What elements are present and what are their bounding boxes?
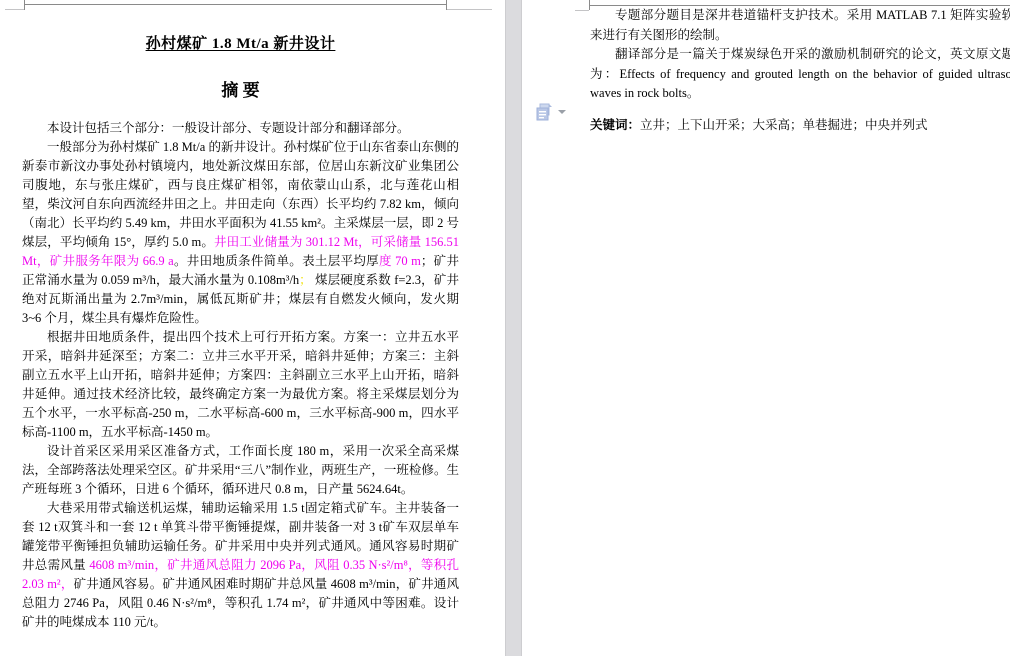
text-run: 专题部分题目是深井巷道锚杆支护技术。采用 MATLAB 7.1 矩阵实验软件来进…	[590, 8, 1010, 42]
keywords-text: 立井；上下山开采；大采高；单巷掘进；中央并列式	[640, 118, 928, 132]
paragraph[interactable]: 专题部分题目是深井巷道锚杆支护技术。采用 MATLAB 7.1 矩阵实验软件来进…	[590, 6, 1010, 45]
right-page-content: 专题部分题目是深井巷道锚杆支护技术。采用 MATLAB 7.1 矩阵实验软件来进…	[590, 6, 1010, 135]
document-page-right[interactable]: 专题部分题目是深井巷道锚杆支护技术。采用 MATLAB 7.1 矩阵实验软件来进…	[522, 0, 1010, 656]
abstract-body: 本设计包括三个部分：一般设计部分、专题设计部分和翻译部分。一般部分为孙村煤矿 1…	[22, 119, 459, 632]
margin-crop-mark	[575, 10, 589, 11]
text-run: 度 70 m	[379, 254, 421, 268]
page-gap	[505, 0, 522, 656]
paragraph[interactable]: 一般部分为孙村煤矿 1.8 Mt/a 的新井设计。孙村煤矿位于山东省泰山东侧的新…	[22, 138, 459, 328]
text-run: 矿井通风容易。矿井通风困难时期矿井总风量 4608 m³/min，矿井通风总阻力…	[22, 577, 459, 629]
left-page-content: 孙村煤矿 1.8 Mt/a 新井设计 摘 要 本设计包括三个部分：一般设计部分、…	[22, 0, 459, 632]
text-run: 设计首采区采用采区准备方式，工作面长度 180 m，采用一次采全高采煤法，全部跨…	[22, 444, 459, 496]
keywords-line[interactable]: 关键词：立井；上下山开采；大采高；单巷掘进；中央并列式	[590, 116, 1010, 136]
text-run: 本设计包括三个部分：一般设计部分、专题设计部分和翻译部分。	[47, 121, 410, 135]
paragraph[interactable]: 翻译部分是一篇关于煤炭绿色开采的激励机制研究的论文，英文原文题目为：Effect…	[590, 45, 1010, 104]
right-page-body: 专题部分题目是深井巷道锚杆支护技术。采用 MATLAB 7.1 矩阵实验软件来进…	[590, 6, 1010, 104]
paragraph[interactable]: 根据井田地质条件，提出四个技术上可行开拓方案。方案一：立井五水平开采，暗斜井延深…	[22, 328, 459, 442]
chevron-down-icon	[558, 110, 566, 114]
paste-options-button[interactable]	[536, 102, 568, 122]
document-page-left[interactable]: 孙村煤矿 1.8 Mt/a 新井设计 摘 要 本设计包括三个部分：一般设计部分、…	[0, 0, 505, 656]
paragraph[interactable]: 本设计包括三个部分：一般设计部分、专题设计部分和翻译部分。	[22, 119, 459, 138]
text-run: 一般部分为孙村煤矿 1.8 Mt/a 的新井设计。孙村煤矿位于山东省泰山东侧的新…	[22, 140, 459, 249]
paragraph[interactable]: 大巷采用带式输送机运煤，辅助运输采用 1.5 t固定箱式矿车。主井装备一套 12…	[22, 499, 459, 632]
paragraph[interactable]: 设计首采区采用采区准备方式，工作面长度 180 m，采用一次采全高采煤法，全部跨…	[22, 442, 459, 499]
paste-icon	[536, 103, 553, 121]
document-title[interactable]: 孙村煤矿 1.8 Mt/a 新井设计	[22, 34, 459, 54]
text-run: 。井田地质条件简单。表土层平均厚	[174, 254, 379, 268]
text-run: 翻译部分是一篇关于煤炭绿色开采的激励机制研究的论文，英文原文题目为：Effect…	[590, 47, 1010, 100]
text-run: ；	[299, 273, 312, 287]
word-document-view: { "colors": { "magenta": "#ee00ee", "yel…	[0, 0, 1010, 656]
keywords-label: 关键词：	[590, 118, 640, 132]
text-run: 根据井田地质条件，提出四个技术上可行开拓方案。方案一：立井五水平开采，暗斜井延深…	[22, 330, 459, 439]
abstract-heading[interactable]: 摘 要	[22, 80, 459, 101]
